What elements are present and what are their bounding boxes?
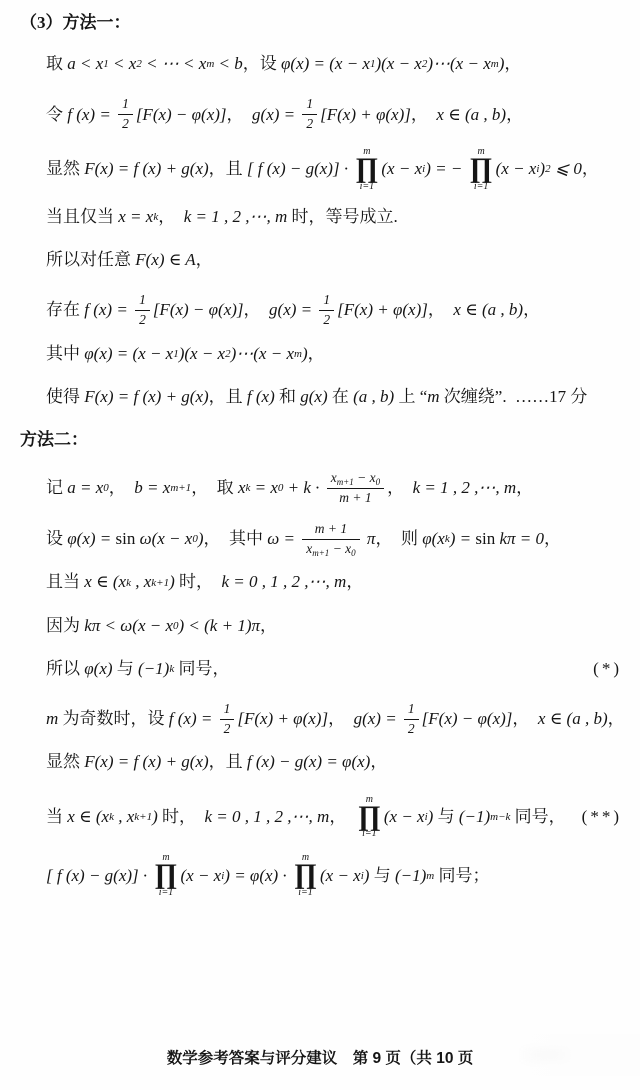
- math-line: 显然 F(x) = f (x) + g(x)，且 [ f (x) − g(x)]…: [12, 147, 630, 192]
- fraction: 12: [118, 96, 133, 133]
- fraction: xm+1 − x0m + 1: [327, 470, 384, 507]
- math-line: 取 a < x1 < x2 < ⋯ < xm < b，设 φ(x) = (x −…: [12, 53, 630, 75]
- line-content: 其中 φ(x) = (x − x1)(x − x2)⋯(x − xm)，: [46, 343, 325, 365]
- line-content: 使得 F(x) = f (x) + g(x)，且 f (x) 和 g(x) 在 …: [46, 386, 587, 408]
- math-line: 当 x ∈ (xk , xk+1) 时， k = 0 , 1 , 2 ,⋯, m…: [12, 795, 630, 840]
- product-operator: m∏i=1: [358, 795, 381, 840]
- fraction: 12: [319, 292, 334, 329]
- line-content: 令 f (x) = 12[F(x) − φ(x)]， g(x) = 12[F(x…: [46, 96, 523, 133]
- product-operator: m∏i=1: [355, 147, 378, 192]
- math-line: 所以 φ(x) 与 (−1)k 同号，(*): [12, 658, 630, 680]
- fraction: 12: [404, 701, 419, 738]
- fraction: 12: [135, 292, 150, 329]
- line-content: 取 a < x1 < x2 < ⋯ < xm < b，设 φ(x) = (x −…: [46, 53, 521, 75]
- math-line: 且当 x ∈ (xk , xk+1) 时， k = 0 , 1 , 2 ,⋯, …: [12, 571, 630, 593]
- fraction: 12: [302, 96, 317, 133]
- math-line: 使得 F(x) = f (x) + g(x)，且 f (x) 和 g(x) 在 …: [12, 386, 630, 408]
- math-line: m 为奇数时，设 f (x) = 12[F(x) + φ(x)]， g(x) =…: [12, 701, 630, 738]
- line-content: 方法二：: [20, 429, 88, 451]
- line-content: m 为奇数时，设 f (x) = 12[F(x) + φ(x)]， g(x) =…: [46, 701, 625, 738]
- math-line: 记 a = x0， b = xm+1， 取 xk = x0 + k · xm+1…: [12, 470, 630, 507]
- math-line: 当且仅当 x = xk， k = 1 , 2 ,⋯, m 时，等号成立.: [12, 206, 630, 228]
- line-content: 存在 f (x) = 12[F(x) − φ(x)]， g(x) = 12[F(…: [46, 292, 540, 329]
- math-line: 因为 kπ < ω(x − x0) < (k + 1)π，: [12, 615, 630, 637]
- page-footer: 数学参考答案与评分建议 第 9 页（共 10 页: [0, 1046, 640, 1068]
- star-mark: (**): [582, 806, 630, 828]
- line-content: 显然 F(x) = f (x) + g(x)，且 f (x) − g(x) = …: [46, 751, 387, 773]
- math-line: 存在 f (x) = 12[F(x) − φ(x)]， g(x) = 12[F(…: [12, 292, 630, 329]
- section-heading: 方法二：: [12, 429, 630, 451]
- product-operator: m∏i=1: [470, 147, 493, 192]
- math-line: [ f (x) − g(x)] · m∏i=1(x − xi) = φ(x) ·…: [12, 853, 630, 898]
- product-operator: m∏i=1: [154, 853, 177, 898]
- star-mark: (*): [593, 658, 630, 680]
- math-line: 所以对任意 F(x) ∈ A，: [12, 249, 630, 271]
- footer-text: 数学参考答案与评分建议 第 9 页（共 10 页: [167, 1050, 474, 1067]
- line-content: [ f (x) − g(x)] · m∏i=1(x − xi) = φ(x) ·…: [46, 853, 489, 898]
- line-content: 当且仅当 x = xk， k = 1 , 2 ,⋯, m 时，等号成立.: [46, 206, 398, 228]
- line-content: 记 a = x0， b = xm+1， 取 xk = x0 + k · xm+1…: [46, 470, 533, 507]
- solution-content: （3）方法一：取 a < x1 < x2 < ⋯ < xm < b，设 φ(x)…: [12, 12, 630, 898]
- line-content: 显然 F(x) = f (x) + g(x)，且 [ f (x) − g(x)]…: [46, 147, 599, 192]
- answer-page: （3）方法一：取 a < x1 < x2 < ⋯ < xm < b，设 φ(x)…: [0, 0, 640, 1090]
- line-content: （3）方法一：: [20, 12, 131, 34]
- line-content: 因为 kπ < ω(x − x0) < (k + 1)π，: [46, 615, 277, 637]
- math-line: 令 f (x) = 12[F(x) − φ(x)]， g(x) = 12[F(x…: [12, 96, 630, 133]
- math-line: 其中 φ(x) = (x − x1)(x − x2)⋯(x − xm)，: [12, 343, 630, 365]
- line-content: 设 φ(x) = sin ω(x − x0)， 其中 ω = m + 1xm+1…: [46, 521, 561, 558]
- product-operator: m∏i=1: [294, 853, 317, 898]
- math-line: 设 φ(x) = sin ω(x − x0)， 其中 ω = m + 1xm+1…: [12, 521, 630, 558]
- math-line: 显然 F(x) = f (x) + g(x)，且 f (x) − g(x) = …: [12, 751, 630, 773]
- line-content: 且当 x ∈ (xk , xk+1) 时， k = 0 , 1 , 2 ,⋯, …: [46, 571, 363, 593]
- line-content: 当 x ∈ (xk , xk+1) 时， k = 0 , 1 , 2 ,⋯, m…: [46, 795, 566, 840]
- line-content: 所以 φ(x) 与 (−1)k 同号，: [46, 658, 229, 680]
- section-heading: （3）方法一：: [12, 12, 630, 34]
- fraction: 12: [220, 701, 235, 738]
- fraction: m + 1xm+1 − x0: [302, 521, 359, 558]
- line-content: 所以对任意 F(x) ∈ A，: [46, 249, 213, 271]
